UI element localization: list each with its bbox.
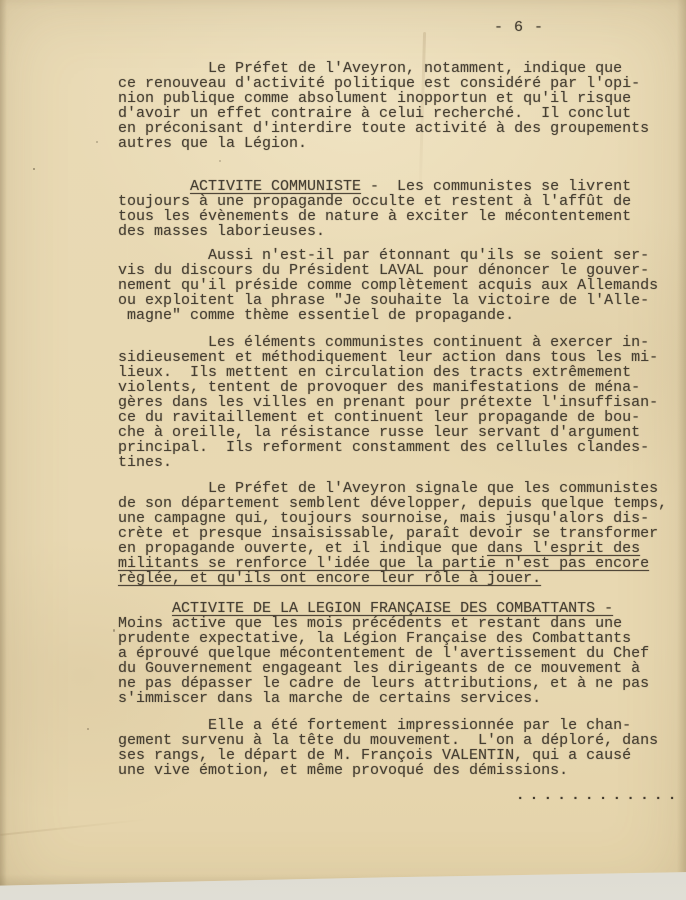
text-line: d'avoir un effet contraire à celui reche… [118, 106, 678, 121]
page-number: - 6 - [494, 19, 544, 36]
text-line: Les éléments communistes continuent à ex… [118, 335, 678, 350]
text-line: ce du ravitaillement et continuent leur … [118, 410, 678, 425]
text-line: Le Préfet de l'Aveyron, notamment, indiq… [118, 61, 678, 76]
text-line: prudente expectative, la Légion Français… [118, 631, 678, 646]
paper-fold-line [0, 818, 149, 836]
text-line: vis du discours du Président LAVAL pour … [118, 263, 678, 278]
paper-speck [87, 728, 89, 730]
text-line: ACTIVITE COMMUNISTE - Les communistes se… [118, 179, 678, 194]
text-line: gement survenu à la tête du mouvement. L… [118, 733, 678, 748]
para-prefet-signale: Le Préfet de l'Aveyron signale que les c… [118, 481, 678, 586]
text-line: Aussi n'est-il par étonnant qu'ils se so… [118, 248, 678, 263]
text-line: magne" comme thème essentiel de propagan… [118, 308, 678, 323]
para-discours-laval: Aussi n'est-il par étonnant qu'ils se so… [118, 248, 678, 323]
text-line: des masses laborieuses. [118, 224, 678, 239]
paper-speck [113, 629, 115, 632]
text-line: une campagne qui, toujours sournoise, ma… [118, 511, 678, 526]
text-line: en préconisant d'interdire toute activit… [118, 121, 678, 136]
text-line: militants se renforce l'idée que la part… [118, 556, 678, 571]
underlined-text: règlée, et qu'ils ont encore leur rôle à… [118, 570, 541, 587]
text-line: tous les évènements de nature à exciter … [118, 209, 678, 224]
text-line: toujours à une propagande occulte et res… [118, 194, 678, 209]
text-line: nement qu'il préside comme complètement … [118, 278, 678, 293]
text-segment: autres que la Légion. [118, 135, 307, 152]
para-activite-communiste: ACTIVITE COMMUNISTE - Les communistes se… [118, 179, 678, 239]
text-line: en propagande ouverte, et il indique que… [118, 541, 678, 556]
paper-speck [33, 168, 35, 170]
document-body: Le Préfet de l'Aveyron, notamment, indiq… [118, 61, 678, 778]
text-line: crète et presque insaisissable, paraît d… [118, 526, 678, 541]
text-line: sidieusement et méthodiquement leur acti… [118, 350, 678, 365]
text-line: du Gouvernement engageant les dirigeants… [118, 661, 678, 676]
text-line: a éprouvé quelque mécontentement de l'av… [118, 646, 678, 661]
text-line: nion publique comme absolument inopportu… [118, 91, 678, 106]
para-valentin: Elle a été fortement impressionnée par l… [118, 718, 678, 778]
text-line: ou exploitent la phrase "Je souhaite la … [118, 293, 678, 308]
text-line: che à oreille, la résistance russe leur … [118, 425, 678, 440]
text-line: une vive émotion, et même provoqué des d… [118, 763, 678, 778]
text-line: s'immiscer dans la marche de certains se… [118, 691, 678, 706]
para-elements-communistes: Les éléments communistes continuent à ex… [118, 335, 678, 470]
text-line: Elle a été fortement impressionnée par l… [118, 718, 678, 733]
paper-speck [96, 141, 98, 143]
para-prefet-aveyron: Le Préfet de l'Aveyron, notamment, indiq… [118, 61, 678, 151]
para-activite-legion: ACTIVITE DE LA LEGION FRANÇAISE DES COMB… [118, 601, 678, 706]
text-line: de son département semblent développer, … [118, 496, 678, 511]
text-segment: s'immiscer dans la marche de certains se… [118, 690, 541, 707]
text-line: tines. [118, 455, 678, 470]
text-line: Moins active que les mois précédents et … [118, 616, 678, 631]
text-line: ne pas dépasser le cadre de leurs attrib… [118, 676, 678, 691]
text-line: gères dans les villes en prenant pour pr… [118, 395, 678, 410]
text-line: violents, tentent de provoquer des manif… [118, 380, 678, 395]
text-line: autres que la Légion. [118, 136, 678, 151]
end-dots: . . . . . . . . . . . . [516, 788, 675, 804]
text-line: règlée, et qu'ils ont encore leur rôle à… [118, 571, 678, 586]
text-segment: magne" comme thème essentiel de propagan… [118, 307, 514, 324]
text-line: lieux. Ils mettent en circulation des tr… [118, 365, 678, 380]
document-page: - 6 - Le Préfet de l'Aveyron, notamment,… [0, 0, 686, 900]
text-line: principal. Ils reforment constamment des… [118, 440, 678, 455]
text-segment: tines. [118, 454, 172, 471]
text-segment: des masses laborieuses. [118, 223, 325, 240]
text-line: ce renouveau d'activité politique est co… [118, 76, 678, 91]
text-segment: une vive émotion, et même provoqué des d… [118, 762, 568, 779]
text-line: ACTIVITE DE LA LEGION FRANÇAISE DES COMB… [118, 601, 678, 616]
text-segment: principal. Ils reforment constamment des… [118, 439, 649, 456]
text-line: Le Préfet de l'Aveyron signale que les c… [118, 481, 678, 496]
text-line: ses rangs, le départ de M. François VALE… [118, 748, 678, 763]
